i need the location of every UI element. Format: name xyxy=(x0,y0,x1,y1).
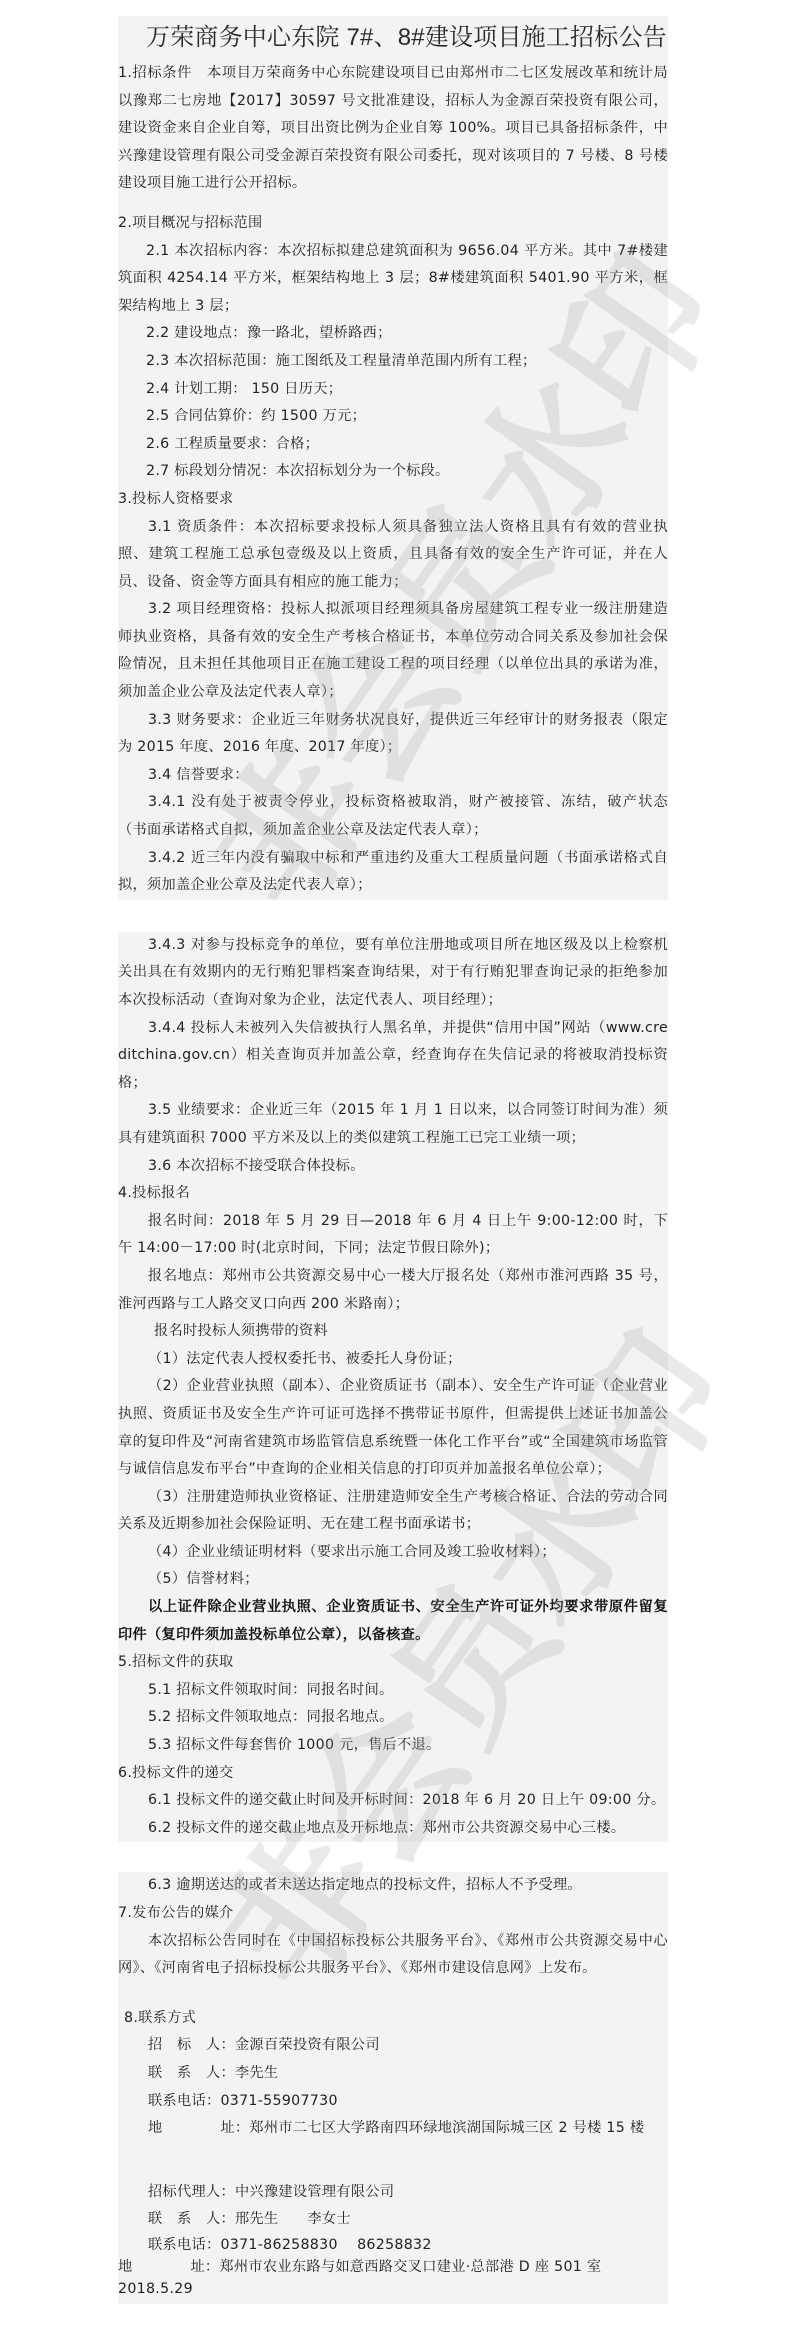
page-title: 万荣商务中心东院 7#、8#建设项目施工招标公告 xyxy=(118,16,668,60)
announcement-date: 2018.5.29 xyxy=(118,2278,668,2304)
material-5: （5）信誉材料； xyxy=(118,1566,668,1594)
section-3-2: 3.2 项目经理资格：投标人拟派项目经理须具备房屋建筑工程专业一级注册建造师执业… xyxy=(118,596,668,706)
tenderer-phone: 0371-55907730 xyxy=(220,2088,337,2116)
tenderer-name: 金源百荣投资有限公司 xyxy=(235,2032,380,2060)
section-2-6: 2.6 工程质量要求：合格； xyxy=(118,431,668,459)
agent-phone: 0371-86258830 86258832 xyxy=(220,2234,431,2256)
section-3-1: 3.1 资质条件：本次招标要求投标人须具备独立法人资格且具有有效的营业执照、建筑… xyxy=(118,514,668,597)
section-5-heading: 5.招标文件的获取 xyxy=(118,1649,668,1677)
section-7-heading: 7.发布公告的媒介 xyxy=(118,1900,668,1928)
material-1: （1）法定代表人授权委托书、被委托人身份证； xyxy=(118,1346,668,1374)
section-6-2: 6.2 投标文件的递交截止地点及开标地点：郑州市公共资源交易中心三楼。 xyxy=(118,1815,668,1843)
section-5-3: 5.3 招标文件每套售价 1000 元，售后不退。 xyxy=(118,1732,668,1760)
section-2-4: 2.4 计划工期： 150 日历天； xyxy=(118,376,668,404)
announcement-document: 万荣商务中心东院 7#、8#建设项目施工招标公告 1.招标条件 本项目万荣商务中… xyxy=(118,16,668,2304)
section-1-text: 1.招标条件 本项目万荣商务中心东院建设项目已由郑州市二七区发展改革和统计局以豫… xyxy=(118,60,668,198)
section-3-4: 3.4 信誉要求： xyxy=(118,762,668,790)
tenderer-contact: 招 标 人： 金源百荣投资有限公司 联 系 人： 李先生 联系电话： 0371-… xyxy=(118,2032,668,2115)
tenderer-address: 地 址：郑州市二七区大学路南四环绿地滨湖国际城三区 2 号楼 15 楼 xyxy=(118,2115,668,2143)
section-2-7: 2.7 标段划分情况：本次招标划分为一个标段。 xyxy=(118,458,668,486)
section-2-2: 2.2 建设地点：豫一路北，望桥路西； xyxy=(118,320,668,348)
section-3-4-3: 3.4.3 对参与投标竞争的单位，要有单位注册地或项目所在地区级及以上检察机关出… xyxy=(118,932,668,1015)
material-2: （2）企业营业执照（副本）、企业资质证书（副本）、安全生产许可证（企业营业执照、… xyxy=(118,1373,668,1483)
agent-address-label: 地 址： xyxy=(118,2259,219,2275)
tenderer-address-value: 郑州市二七区大学路南四环绿地滨湖国际城三区 2 号楼 15 楼 xyxy=(249,2120,644,2136)
section-3-4-2: 3.4.2 近三年内没有骗取中标和严重违约及重大工程质量问题（书面承诺格式自拟，… xyxy=(118,845,668,900)
agent-contact-label: 联 系 人： xyxy=(148,2206,235,2234)
tenderer-address-label: 地 址： xyxy=(148,2120,249,2136)
agent-name: 中兴豫建设管理有限公司 xyxy=(235,2179,394,2207)
tenderer-contact-person: 李先生 xyxy=(235,2060,278,2088)
section-6-heading: 6.投标文件的递交 xyxy=(118,1760,668,1788)
section-3-4-4: 3.4.4 投标人未被列入失信被执行人黑名单，并提供“信用中国”网站（www.c… xyxy=(118,1015,668,1098)
section-5-1: 5.1 招标文件领取时间：同报名时间。 xyxy=(118,1677,668,1705)
spacer xyxy=(118,1842,668,1872)
section-5-2: 5.2 招标文件领取地点：同报名地点。 xyxy=(118,1704,668,1732)
section-3-4-1: 3.4.1 没有处于被责令停业，投标资格被取消，财产被接管、冻结，破产状态（书面… xyxy=(118,789,668,844)
agent-address-value: 郑州市农业东路与如意西路交叉口建业·总部港 D 座 501 室 xyxy=(219,2259,601,2275)
section-2-5: 2.5 合同估算价：约 1500 万元； xyxy=(118,403,668,431)
block-middle: 3.4.3 对参与投标竞争的单位，要有单位注册地或项目所在地区级及以上检察机关出… xyxy=(118,932,668,1843)
section-2-1: 2.1 本次招标内容：本次招标拟建总建筑面积为 9656.04 平方米。其中 7… xyxy=(118,238,668,321)
section-4-heading: 4.投标报名 xyxy=(118,1180,668,1208)
section-6-1: 6.1 投标文件的递交截止时间及开标时间：2018 年 6 月 20 日上午 0… xyxy=(118,1787,668,1815)
agent-contact-person: 邢先生 李女士 xyxy=(235,2206,351,2234)
agent-phone-label: 联系电话： xyxy=(148,2234,220,2256)
material-3: （3）注册建造师执业资格证、注册建造师安全生产考核合格证、合法的劳动合同关系及近… xyxy=(118,1484,668,1539)
material-4: （4）企业业绩证明材料（要求出示施工合同及竣工验收材料）； xyxy=(118,1539,668,1567)
section-3-heading: 3.投标人资格要求 xyxy=(118,486,668,514)
spacer xyxy=(118,900,668,932)
section-2-heading: 2.项目概况与招标范围 xyxy=(118,210,668,238)
section-2-3: 2.3 本次招标范围：施工图纸及工程量清单范围内所有工程； xyxy=(118,348,668,376)
tenderer-label: 招 标 人： xyxy=(148,2032,235,2060)
materials-note: 以上证件除企业营业执照、企业资质证书、安全生产许可证外均要求带原件留复印件（复印… xyxy=(118,1594,668,1649)
section-3-3: 3.3 财务要求：企业近三年财务状况良好，提供近三年经审计的财务报表（限定为 2… xyxy=(118,707,668,762)
agent-label: 招标代理人： xyxy=(148,2179,235,2207)
materials-heading: 报名时投标人须携带的资料 xyxy=(118,1318,668,1346)
section-3-5: 3.5 业绩要求：企业近三年（2015 年 1 月 1 日以来，以合同签订时间为… xyxy=(118,1097,668,1152)
registration-time: 报名时间：2018 年 5 月 29 日—2018 年 6 月 4 日上午 9:… xyxy=(118,1208,668,1263)
section-6-3: 6.3 逾期送达的或者未送达指定地点的投标文件，招标人不予受理。 xyxy=(118,1872,668,1900)
agent-address: 地 址：郑州市农业东路与如意西路交叉口建业·总部港 D 座 501 室 xyxy=(118,2256,668,2278)
tenderer-contact-label: 联 系 人： xyxy=(148,2060,235,2088)
agent-contact: 招标代理人： 中兴豫建设管理有限公司 联 系 人： 邢先生 李女士 联系电话： … xyxy=(118,2179,668,2256)
section-7-text: 本次招标公告同时在《中国招标投标公共服务平台》、《郑州市公共资源交易中心网》、《… xyxy=(118,1928,668,1983)
section-3-6: 3.6 本次招标不接受联合体投标。 xyxy=(118,1153,668,1181)
section-8-heading: 8.联系方式 xyxy=(118,2005,668,2033)
block-bottom: 6.3 逾期送达的或者未送达指定地点的投标文件，招标人不予受理。 7.发布公告的… xyxy=(118,1872,668,2304)
registration-place: 报名地点：郑州市公共资源交易中心一楼大厅报名处（郑州市淮河西路 35 号，淮河西… xyxy=(118,1263,668,1318)
tenderer-phone-label: 联系电话： xyxy=(148,2088,220,2116)
block-top: 万荣商务中心东院 7#、8#建设项目施工招标公告 1.招标条件 本项目万荣商务中… xyxy=(118,16,668,900)
